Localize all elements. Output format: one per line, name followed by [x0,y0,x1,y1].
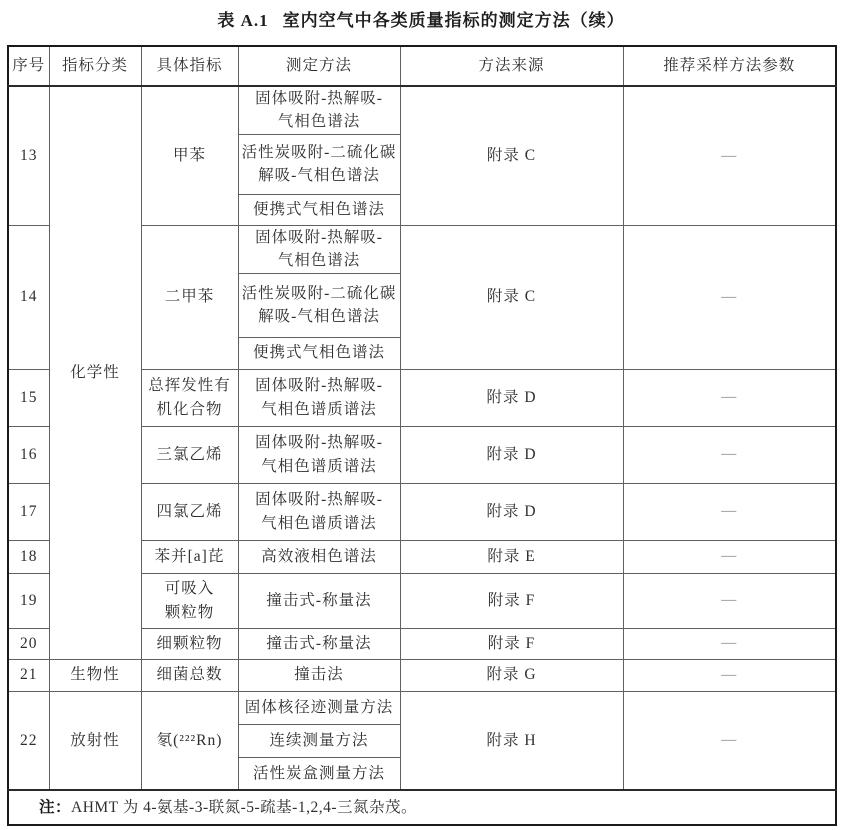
method-line: 活性炭吸附-二硫化碳 [241,282,398,305]
indicator-line: 机化合物 [144,398,236,421]
cell-param-18: — [623,540,836,573]
cell-method-13-3: 便携式气相色谱法 [238,194,400,225]
cell-param-14: — [623,225,836,369]
method-line: 气相色谱法 [241,110,398,133]
indicator-line: 可吸入 [144,577,236,600]
cell-method-16: 固体吸附-热解吸-气相色谱质谱法 [238,426,400,483]
indicator-line: 二甲苯 [144,285,236,308]
col-header-indicator: 具体指标 [141,46,238,86]
table-title: 表 A.1室内空气中各类质量指标的测定方法（续） [0,6,842,31]
cell-source-16: 附录 D [400,426,623,483]
indicator-line: 颗粒物 [144,601,236,624]
cell-source-14: 附录 C [400,225,623,369]
table-row: 21 生物性 细菌总数 撞击法 附录 G — [8,659,836,691]
method-line: 解吸-气相色谱法 [241,164,398,187]
cell-param-20: — [623,628,836,659]
cell-no-18: 18 [8,540,49,573]
cell-indicator-22: 氡(²²²Rn) [141,691,238,790]
cell-category-radioactive: 放射性 [49,691,141,790]
cell-param-13: — [623,86,836,225]
method-line: 气相色谱质谱法 [241,512,398,535]
cell-indicator-18: 苯并[a]芘 [141,540,238,573]
table-row: 13 化学性 甲苯 固体吸附-热解吸-气相色谱法 附录 C — [8,86,836,134]
cell-method-21: 撞击法 [238,659,400,691]
cell-method-15: 固体吸附-热解吸-气相色谱质谱法 [238,369,400,426]
col-header-source: 方法来源 [400,46,623,86]
cell-indicator-19: 可吸入颗粒物 [141,573,238,628]
cell-source-22: 附录 H [400,691,623,790]
cell-source-15: 附录 D [400,369,623,426]
cell-no-17: 17 [8,483,49,540]
method-line: 解吸-气相色谱法 [241,305,398,328]
cell-category-chemical: 化学性 [49,86,141,659]
indicator-line: 甲苯 [144,144,236,167]
method-line: 气相色谱质谱法 [241,455,398,478]
cell-method-13-1: 固体吸附-热解吸-气相色谱法 [238,86,400,134]
cell-param-19: — [623,573,836,628]
cell-param-22: — [623,691,836,790]
cell-param-21: — [623,659,836,691]
cell-no-13: 13 [8,86,49,225]
cell-no-14: 14 [8,225,49,369]
cell-source-19: 附录 F [400,573,623,628]
cell-no-20: 20 [8,628,49,659]
col-header-param: 推荐采样方法参数 [623,46,836,86]
method-line: 固体吸附-热解吸- [241,488,398,511]
note-label: 注： [39,799,71,816]
cell-no-22: 22 [8,691,49,790]
table-title-text: 室内空气中各类质量指标的测定方法（续） [283,11,625,30]
indicator-line: 细菌总数 [144,663,236,686]
cell-method-14-2: 活性炭吸附-二硫化碳解吸-气相色谱法 [238,273,400,337]
method-line: 活性炭吸附-二硫化碳 [241,141,398,164]
indicator-line: 氡(²²²Rn) [144,729,236,752]
cell-category-biological: 生物性 [49,659,141,691]
cell-indicator-17: 四氯乙烯 [141,483,238,540]
cell-method-18: 高效液相色谱法 [238,540,400,573]
cell-param-17: — [623,483,836,540]
method-line: 固体吸附-热解吸- [241,431,398,454]
cell-no-16: 16 [8,426,49,483]
cell-indicator-15: 总挥发性有机化合物 [141,369,238,426]
method-line: 固体吸附-热解吸- [241,226,398,249]
cell-method-22-2: 连续测量方法 [238,724,400,757]
indicator-line: 三氯乙烯 [144,443,236,466]
cell-no-15: 15 [8,369,49,426]
cell-method-22-3: 活性炭盒测量方法 [238,757,400,790]
cell-indicator-20: 细颗粒物 [141,628,238,659]
cell-source-21: 附录 G [400,659,623,691]
note-text: AHMT 为 4-氨基-3-联氮-5-疏基-1,2,4-三氮杂茂。 [71,799,417,816]
col-header-method: 测定方法 [238,46,400,86]
cell-param-15: — [623,369,836,426]
cell-indicator-14: 二甲苯 [141,225,238,369]
cell-indicator-13: 甲苯 [141,86,238,225]
cell-source-13: 附录 C [400,86,623,225]
table-title-label: 表 A.1 [217,11,268,30]
cell-method-20: 撞击式-称量法 [238,628,400,659]
cell-source-20: 附录 F [400,628,623,659]
cell-indicator-21: 细菌总数 [141,659,238,691]
measurement-methods-table: 序号 指标分类 具体指标 测定方法 方法来源 推荐采样方法参数 13 化学性 甲… [7,45,837,826]
note-row: 注：AHMT 为 4-氨基-3-联氮-5-疏基-1,2,4-三氮杂茂。 [8,790,836,825]
cell-param-16: — [623,426,836,483]
cell-method-22-1: 固体核径迹测量方法 [238,691,400,724]
cell-method-14-1: 固体吸附-热解吸-气相色谱法 [238,225,400,273]
method-line: 气相色谱质谱法 [241,398,398,421]
indicator-line: 细颗粒物 [144,632,236,655]
cell-source-17: 附录 D [400,483,623,540]
indicator-line: 总挥发性有 [144,374,236,397]
header-row: 序号 指标分类 具体指标 测定方法 方法来源 推荐采样方法参数 [8,46,836,86]
cell-method-19: 撞击式-称量法 [238,573,400,628]
cell-no-21: 21 [8,659,49,691]
cell-no-19: 19 [8,573,49,628]
col-header-no: 序号 [8,46,49,86]
cell-method-17: 固体吸附-热解吸-气相色谱质谱法 [238,483,400,540]
table-note: 注：AHMT 为 4-氨基-3-联氮-5-疏基-1,2,4-三氮杂茂。 [8,790,836,825]
method-line: 固体吸附-热解吸- [241,87,398,110]
cell-method-14-3: 便携式气相色谱法 [238,337,400,369]
col-header-category: 指标分类 [49,46,141,86]
cell-method-13-2: 活性炭吸附-二硫化碳解吸-气相色谱法 [238,134,400,194]
cell-indicator-16: 三氯乙烯 [141,426,238,483]
method-line: 气相色谱法 [241,249,398,272]
cell-source-18: 附录 E [400,540,623,573]
indicator-line: 苯并[a]芘 [144,545,236,568]
indicator-line: 四氯乙烯 [144,500,236,523]
method-line: 固体吸附-热解吸- [241,374,398,397]
table-row: 22 放射性 氡(²²²Rn) 固体核径迹测量方法 附录 H — [8,691,836,724]
